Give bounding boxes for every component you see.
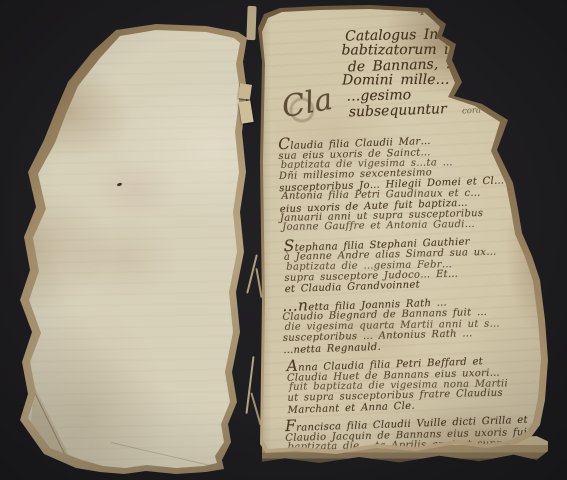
baptism-entry: Francisca filia Claudii Vuille dicti Gri…: [285, 412, 526, 465]
parchment-tab: [238, 83, 252, 100]
left-page: [16, 22, 254, 476]
manuscript-text: Claudia filia Claudii Mar…sua eius uxori…: [278, 130, 526, 468]
manuscript-scan: 4 Catalogus In…babtizatorum inde Bannans…: [0, 0, 567, 480]
title-line: Domini mille…: [342, 73, 492, 89]
ink-speck: [117, 182, 123, 187]
baptism-entry: Stephana filia Stephani Gauthierà Jeanne…: [283, 232, 521, 295]
left-page-paper: [16, 22, 254, 476]
fold-crease: [111, 442, 209, 465]
baptism-entry: Claudia filia Claudii Mar…sua eius uxori…: [278, 130, 520, 235]
right-page-paper: 4 Catalogus In…babtizatorum inde Bannans…: [250, 2, 556, 474]
right-page: 4 Catalogus In…babtizatorum inde Bannans…: [250, 2, 556, 474]
baptism-entry: …netta filia Joannis Rath …Claudio Biegn…: [282, 292, 523, 355]
baptism-entry: Anna Claudia filia Petri Beffard etClaud…: [286, 352, 524, 415]
margin-initial: Cla: [279, 82, 335, 125]
page-fragment: [246, 6, 256, 40]
